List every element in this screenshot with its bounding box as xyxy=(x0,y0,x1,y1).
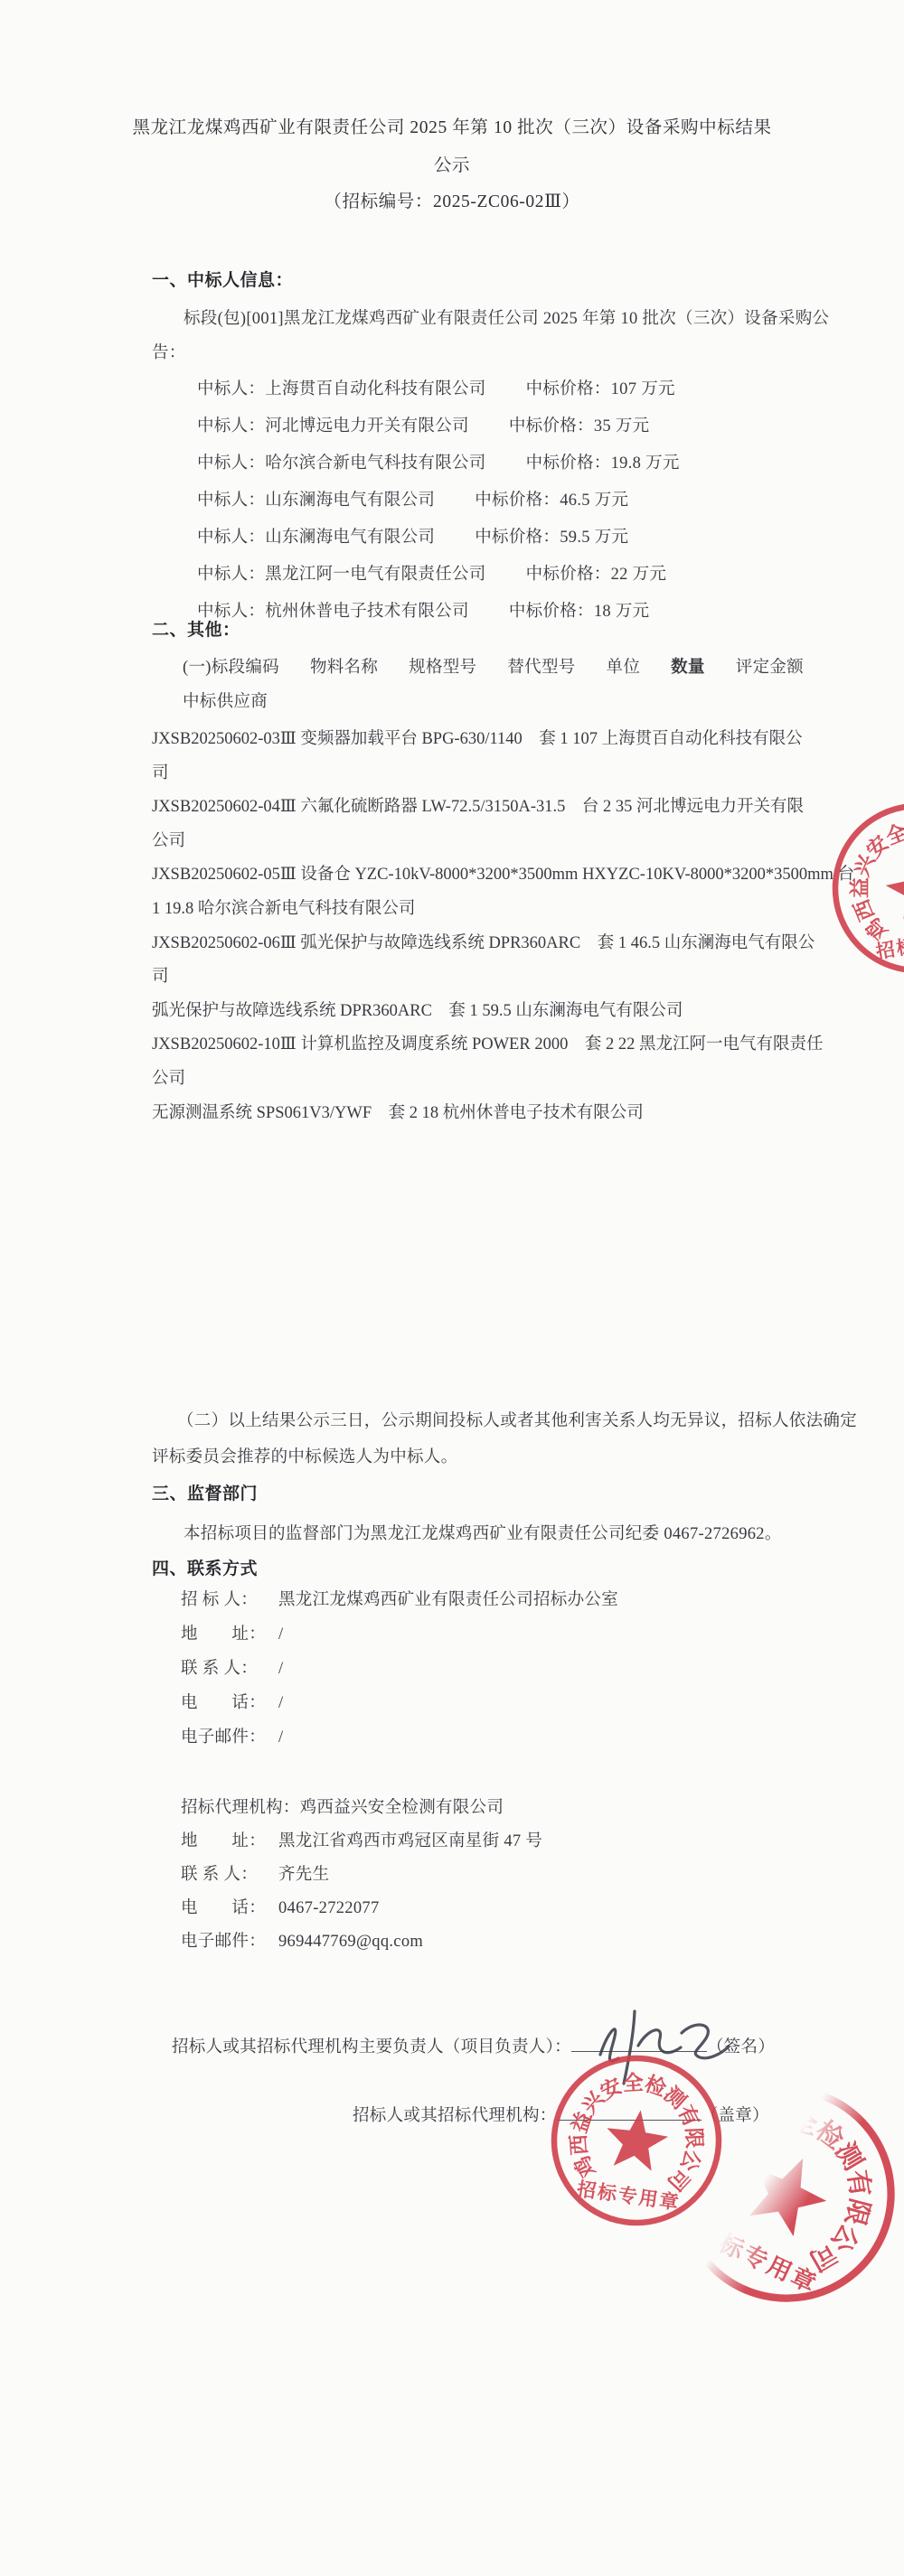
winner-row: 中标人：哈尔滨合新电气科技有限公司中标价格：19.8 万元 xyxy=(197,454,680,473)
col-segment-code: 标段编码 xyxy=(212,659,279,677)
svg-text:鸡: 鸡 xyxy=(698,2191,732,2223)
svg-text:公: 公 xyxy=(824,2218,864,2257)
winner-label: 中标人： xyxy=(197,566,265,584)
winner-price: 35 万元 xyxy=(594,417,650,436)
col-substitute-model: 替代型号 xyxy=(507,659,575,677)
contact-value: 969447769@qq.com xyxy=(278,1932,423,1952)
contact-value: / xyxy=(278,1659,283,1679)
svg-text:司: 司 xyxy=(804,2237,842,2276)
table-header-prefix: (一) xyxy=(183,659,212,677)
col-spec-model: 规格型号 xyxy=(409,659,476,677)
winner-price: 18 万元 xyxy=(594,603,650,621)
contact-value: 鸡西益兴安全检测有限公司 xyxy=(300,1798,504,1818)
agency-contact-row: 地 址：黑龙江省鸡西市鸡冠区南星街 47 号 xyxy=(181,1831,542,1851)
svg-text:安: 安 xyxy=(862,831,893,863)
svg-text:限: 限 xyxy=(682,2127,706,2149)
owner-contact-row: 电子邮件：/ xyxy=(181,1728,283,1747)
agency-contact-row: 招标代理机构：鸡西益兴安全检测有限公司 xyxy=(181,1798,504,1818)
document-page: 黑龙江龙煤鸡西矿业有限责任公司 2025 年第 10 批次（三次）设备采购中标结… xyxy=(0,0,904,2576)
svg-text:检: 检 xyxy=(810,2115,850,2155)
col-winning-supplier: 中标供应商 xyxy=(183,692,268,712)
svg-text:西: 西 xyxy=(698,2161,733,2194)
winner-label: 中标人： xyxy=(197,380,265,398)
col-evaluated-amount: 评定金额 xyxy=(736,659,804,677)
table-line: 司 xyxy=(152,757,854,792)
supervision-body: 本招标项目的监督部门为黑龙江龙煤鸡西矿业有限责任公司纪委 0467-272696… xyxy=(184,1524,782,1544)
svg-text:公: 公 xyxy=(676,2147,705,2175)
winner-name: 黑龙江阿一电气有限责任公司 xyxy=(265,566,485,584)
winner-name: 上海贯百自动化科技有限公司 xyxy=(265,380,485,398)
svg-text:鸡: 鸡 xyxy=(861,913,892,945)
owner-contact-row: 地 址：/ xyxy=(181,1625,283,1644)
handwritten-signature xyxy=(588,2002,741,2093)
price-label: 中标价格： xyxy=(526,380,611,398)
winner-price: 107 万元 xyxy=(611,380,675,398)
col-material-name: 物料名称 xyxy=(310,659,378,677)
svg-text:限: 限 xyxy=(839,2196,874,2229)
table-line: 无源测温系统 SPS061V3/YWF 套 2 18 杭州休普电子技术有限公司 xyxy=(152,1097,854,1131)
winner-row: 中标人：杭州休普电子技术有限公司中标价格：18 万元 xyxy=(197,602,649,622)
winner-label: 中标人： xyxy=(197,454,265,473)
owner-contact-row: 电 话：/ xyxy=(181,1693,283,1713)
winner-name: 山东澜海电气有限公司 xyxy=(265,492,435,510)
winner-name: 哈尔滨合新电气科技有限公司 xyxy=(265,454,485,473)
table-line: 1 19.8 哈尔滨合新电气科技有限公司 xyxy=(152,893,854,927)
table-line: 弧光保护与故障选线系统 DPR360ARC 套 1 59.5 山东澜海电气有限公… xyxy=(152,995,854,1029)
section1-intro-line2: 告： xyxy=(152,343,186,363)
price-label: 中标价格： xyxy=(475,529,560,547)
contact-value: / xyxy=(278,1625,283,1644)
principal-signature-label: 招标人或其招标代理机构主要负责人（项目负责人）： xyxy=(172,2038,571,2056)
winner-name: 山东澜海电气有限公司 xyxy=(265,529,435,547)
table-line: JXSB20250602-03Ⅲ 变频器加载平台 BPG-630/1140 套 … xyxy=(152,723,854,757)
winner-label: 中标人： xyxy=(197,603,265,621)
section2-heading: 二、其他： xyxy=(152,621,240,642)
contact-label: 招 标 人： xyxy=(181,1590,278,1610)
contact-value: 黑龙江省鸡西市鸡冠区南星街 47 号 xyxy=(278,1831,542,1851)
winner-label: 中标人： xyxy=(197,492,265,510)
price-label: 中标价格： xyxy=(475,492,560,510)
price-label: 中标价格： xyxy=(526,454,611,473)
agency-contact-row: 电 话：0467-2722077 xyxy=(181,1898,380,1918)
svg-text:有: 有 xyxy=(842,2169,875,2199)
star-icon xyxy=(736,2142,839,2243)
publicity-note-line1: （二）以上结果公示三日，公示期间投标人或者其他利害关系人均无异议，招标人依法确定 xyxy=(177,1411,857,1431)
svg-text:招标专用章: 招标专用章 xyxy=(874,923,904,963)
contact-value: / xyxy=(278,1693,283,1713)
contact-label: 电子邮件： xyxy=(181,1728,278,1747)
contact-value: / xyxy=(278,1728,283,1747)
svg-text:全: 全 xyxy=(787,2105,821,2140)
svg-text:鸡: 鸡 xyxy=(570,2152,600,2182)
owner-contact-row: 联 系 人：/ xyxy=(181,1659,283,1679)
winner-row: 中标人：山东澜海电气有限公司中标价格：46.5 万元 xyxy=(197,491,628,511)
tender-number: （招标编号：2025-ZC06-02Ⅲ） xyxy=(0,192,904,212)
svg-text:西: 西 xyxy=(566,2133,591,2156)
svg-text:测: 测 xyxy=(830,2138,869,2176)
section3-heading: 三、监督部门 xyxy=(152,1485,258,1505)
table-line: 公司 xyxy=(152,1063,854,1097)
contact-label: 电 话： xyxy=(181,1898,278,1918)
contact-label: 地 址： xyxy=(181,1625,278,1644)
winner-label: 中标人： xyxy=(197,417,265,436)
agency-contact-row: 联 系 人：齐先生 xyxy=(181,1865,329,1885)
winner-row: 中标人：黑龙江阿一电气有限责任公司中标价格：22 万元 xyxy=(197,565,666,585)
publicity-note-line2: 评标委员会推荐的中标候选人为中标人。 xyxy=(152,1447,457,1467)
org-seal-suffix: （盖章） xyxy=(702,2107,769,2125)
contact-label: 联 系 人： xyxy=(181,1659,278,1679)
page-title-line1: 黑龙江龙煤鸡西矿业有限责任公司 2025 年第 10 批次（三次）设备采购中标结… xyxy=(0,117,904,138)
star-icon xyxy=(881,853,904,922)
svg-text:益: 益 xyxy=(707,2132,747,2171)
table-line: JXSB20250602-10Ⅲ 计算机监控及调度系统 POWER 2000 套… xyxy=(152,1028,854,1063)
winner-label: 中标人： xyxy=(197,529,265,547)
winner-row: 中标人：上海贯百自动化科技有限公司中标价格：107 万元 xyxy=(197,379,675,399)
contact-label: 电 话： xyxy=(181,1693,278,1713)
winner-price: 46.5 万元 xyxy=(560,492,628,510)
org-seal-line: 招标人或其招标代理机构：（盖章） xyxy=(353,2103,769,2126)
table-line: JXSB20250602-04Ⅲ 六氟化硫断路器 LW-72.5/3150A-3… xyxy=(152,791,854,825)
svg-text:招标专用章: 招标专用章 xyxy=(576,2178,682,2215)
table-line: 公司 xyxy=(152,825,854,859)
winner-price: 59.5 万元 xyxy=(560,529,628,547)
svg-text:招标专用章: 招标专用章 xyxy=(691,2218,822,2299)
col-quantity: 数量 xyxy=(671,659,705,677)
table-line: JXSB20250602-05Ⅲ 设备仓 YZC-10kV-8000*3200*… xyxy=(152,858,854,893)
contact-label: 联 系 人： xyxy=(181,1865,278,1885)
seal-underline xyxy=(557,2103,702,2121)
award-table: JXSB20250602-03Ⅲ 变频器加载平台 BPG-630/1140 套 … xyxy=(152,723,854,1130)
winner-price: 22 万元 xyxy=(611,566,667,584)
section1-heading: 一、中标人信息： xyxy=(152,271,293,292)
agency-contact-row: 电子邮件：969447769@qq.com xyxy=(181,1932,423,1952)
org-seal-label: 招标人或其招标代理机构： xyxy=(353,2107,557,2125)
winner-row: 中标人：山东澜海电气有限公司中标价格：59.5 万元 xyxy=(197,528,628,548)
contact-value: 黑龙江龙煤鸡西矿业有限责任公司招标办公室 xyxy=(278,1590,618,1610)
table-line: JXSB20250602-06Ⅲ 弧光保护与故障选线系统 DPR360ARC 套… xyxy=(152,927,854,961)
winner-name: 河北博远电力开关有限公司 xyxy=(265,417,469,436)
contact-label: 电子邮件： xyxy=(181,1932,278,1952)
contact-label: 地 址： xyxy=(181,1831,278,1851)
contact-label: 招标代理机构： xyxy=(181,1798,300,1818)
contact-value: 0467-2722077 xyxy=(278,1898,380,1918)
page-title-line2: 公示 xyxy=(0,155,904,176)
section1-intro-line1: 标段(包)[001]黑龙江龙煤鸡西矿业有限责任公司 2025 年第 10 批次（… xyxy=(184,309,829,329)
winner-price: 19.8 万元 xyxy=(611,454,680,473)
owner-contact-row: 招 标 人：黑龙江龙煤鸡西矿业有限责任公司招标办公室 xyxy=(181,1590,618,1610)
col-unit: 单位 xyxy=(607,659,641,677)
svg-text:全: 全 xyxy=(882,820,904,849)
price-label: 中标价格： xyxy=(526,566,611,584)
svg-text:司: 司 xyxy=(663,2164,694,2196)
section4-heading: 四、联系方式 xyxy=(152,1560,258,1580)
table-header-row: (一)标段编码物料名称规格型号替代型号单位数量评定金额 xyxy=(183,658,834,678)
table-line: 司 xyxy=(152,960,854,995)
contact-value: 齐先生 xyxy=(278,1865,329,1885)
winner-name: 杭州休普电子技术有限公司 xyxy=(265,603,469,621)
price-label: 中标价格： xyxy=(509,603,594,621)
price-label: 中标价格： xyxy=(509,417,594,436)
winner-row: 中标人：河北博远电力开关有限公司中标价格：35 万元 xyxy=(197,417,649,436)
